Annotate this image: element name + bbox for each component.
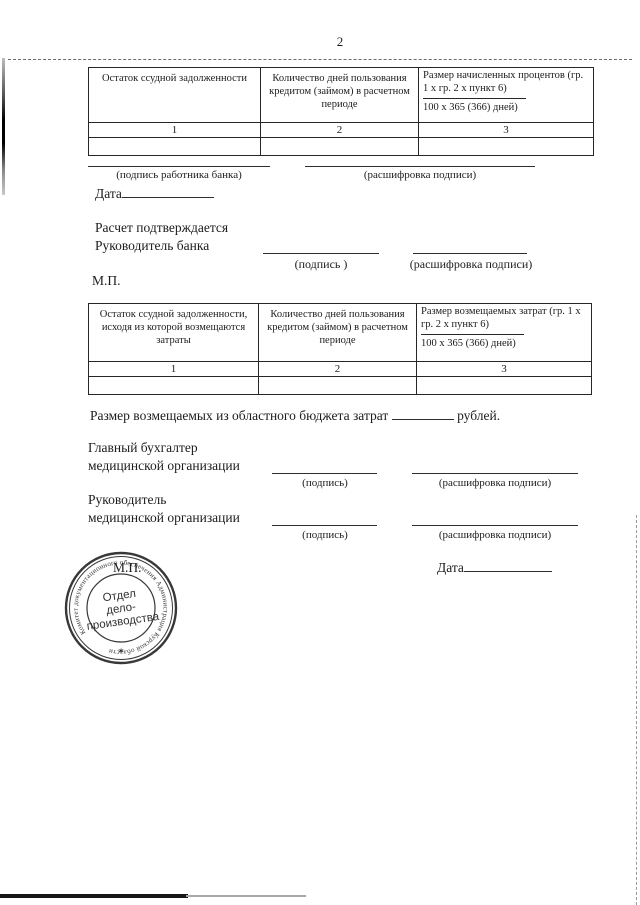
med-head-signature-label: (подпись) (255, 529, 395, 541)
med-head-title: Руководитель медицинской организации (88, 491, 240, 527)
interest-table-number-row: 1 2 3 (89, 123, 594, 138)
fraction-bar (423, 98, 526, 99)
amount-text-after: рублей. (457, 408, 500, 423)
med-date-field: Дата (437, 558, 552, 577)
chief-accountant-title-line2: медицинской организации (88, 457, 240, 475)
accountant-transcript-label: (расшифровка подписи) (412, 477, 578, 489)
round-office-stamp: Комитет документационного обеспечения Ад… (62, 549, 180, 667)
bank-seal-mark: М.П. (92, 272, 121, 290)
header-loan-balance: Остаток ссудной задолженности (89, 68, 261, 123)
reimbursed-amount-sentence: Размер возмещаемых из областного бюджета… (90, 406, 500, 425)
header-days-of-use: Количество дней пользования кредитом (за… (259, 304, 417, 362)
header-days-of-use: Количество дней пользования кредитом (за… (261, 68, 419, 123)
bank-worker-signature-line (88, 166, 270, 167)
confirmation-text: Расчет подтверждается (95, 219, 228, 237)
stamp-center-text: Отдел дело- производства (82, 585, 160, 633)
stamp-star: ✶ (117, 646, 125, 656)
bank-date-label: Дата (95, 186, 122, 201)
column-number-cell: 2 (261, 123, 419, 138)
scan-artifact-left-edge-line (2, 58, 5, 195)
accountant-signature-line (272, 473, 377, 474)
header-costs-numerator: Размер возмещаемых затрат (гр. 1 х гр. 2… (421, 305, 587, 331)
column-number-cell: 1 (89, 362, 259, 377)
amount-blank (392, 406, 454, 420)
med-head-title-line2: медицинской организации (88, 509, 240, 527)
med-date-blank (464, 558, 552, 572)
costs-table-header-row: Остаток ссудной задолженности, исходя из… (89, 304, 592, 362)
med-head-transcript-line (412, 525, 578, 526)
scan-artifact-right-dashed-line (636, 515, 637, 905)
column-number-cell: 1 (89, 123, 261, 138)
med-head-signature-line (272, 525, 377, 526)
page-number: 2 (328, 34, 352, 50)
chief-accountant-title-line1: Главный бухгалтер (88, 439, 240, 457)
bank-worker-transcript-line (305, 166, 535, 167)
header-loan-balance-for-costs: Остаток ссудной задолженности, исходя из… (89, 304, 259, 362)
chief-accountant-title: Главный бухгалтер медицинской организаци… (88, 439, 240, 475)
bank-head-signature-line (263, 253, 379, 254)
accountant-signature-label: (подпись) (255, 477, 395, 489)
bank-worker-signature-label: (подпись работника банка) (88, 169, 270, 181)
scan-artifact-top-dashed-line (8, 59, 632, 60)
bank-date-blank (122, 184, 214, 198)
bank-head-transcript-line (413, 253, 527, 254)
scanned-document-page: 2 Остаток ссудной задолженности Количест… (0, 0, 640, 905)
header-interest-denominator: 100 х 365 (366) дней) (423, 101, 589, 114)
empty-data-cell (417, 377, 592, 395)
amount-text-before: Размер возмещаемых из областного бюджета… (90, 408, 388, 423)
fraction-bar (421, 334, 524, 335)
bank-head-signature-label: (подпись ) (248, 257, 394, 272)
med-head-title-line1: Руководитель (88, 491, 240, 509)
column-number-cell: 2 (259, 362, 417, 377)
costs-table-number-row: 1 2 3 (89, 362, 592, 377)
empty-data-cell (89, 377, 259, 395)
header-interest-amount: Размер начисленных процентов (гр. 1 х гр… (419, 68, 594, 123)
empty-data-cell (261, 138, 419, 156)
header-costs-denominator: 100 х 365 (366) дней) (421, 337, 587, 350)
column-number-cell: 3 (417, 362, 592, 377)
interest-table: Остаток ссудной задолженности Количество… (88, 67, 594, 156)
bank-head-transcript-label: (расшифровка подписи) (385, 257, 557, 272)
empty-data-cell (89, 138, 261, 156)
bank-head-title: Руководитель банка (95, 237, 209, 255)
interest-table-data-row (89, 138, 594, 156)
interest-table-header-row: Остаток ссудной задолженности Количество… (89, 68, 594, 123)
scan-artifact-bottom-line-light (186, 895, 306, 897)
header-interest-numerator: Размер начисленных процентов (гр. 1 х гр… (423, 69, 589, 95)
costs-table-data-row (89, 377, 592, 395)
scan-artifact-bottom-line (0, 894, 188, 898)
med-head-transcript-label: (расшифровка подписи) (412, 529, 578, 541)
column-number-cell: 3 (419, 123, 594, 138)
bank-worker-transcript-label: (расшифровка подписи) (305, 169, 535, 181)
costs-table: Остаток ссудной задолженности, исходя из… (88, 303, 592, 395)
accountant-transcript-line (412, 473, 578, 474)
empty-data-cell (419, 138, 594, 156)
med-date-label: Дата (437, 560, 464, 575)
header-reimbursed-amount: Размер возмещаемых затрат (гр. 1 х гр. 2… (417, 304, 592, 362)
empty-data-cell (259, 377, 417, 395)
bank-date-field: Дата (95, 184, 214, 203)
